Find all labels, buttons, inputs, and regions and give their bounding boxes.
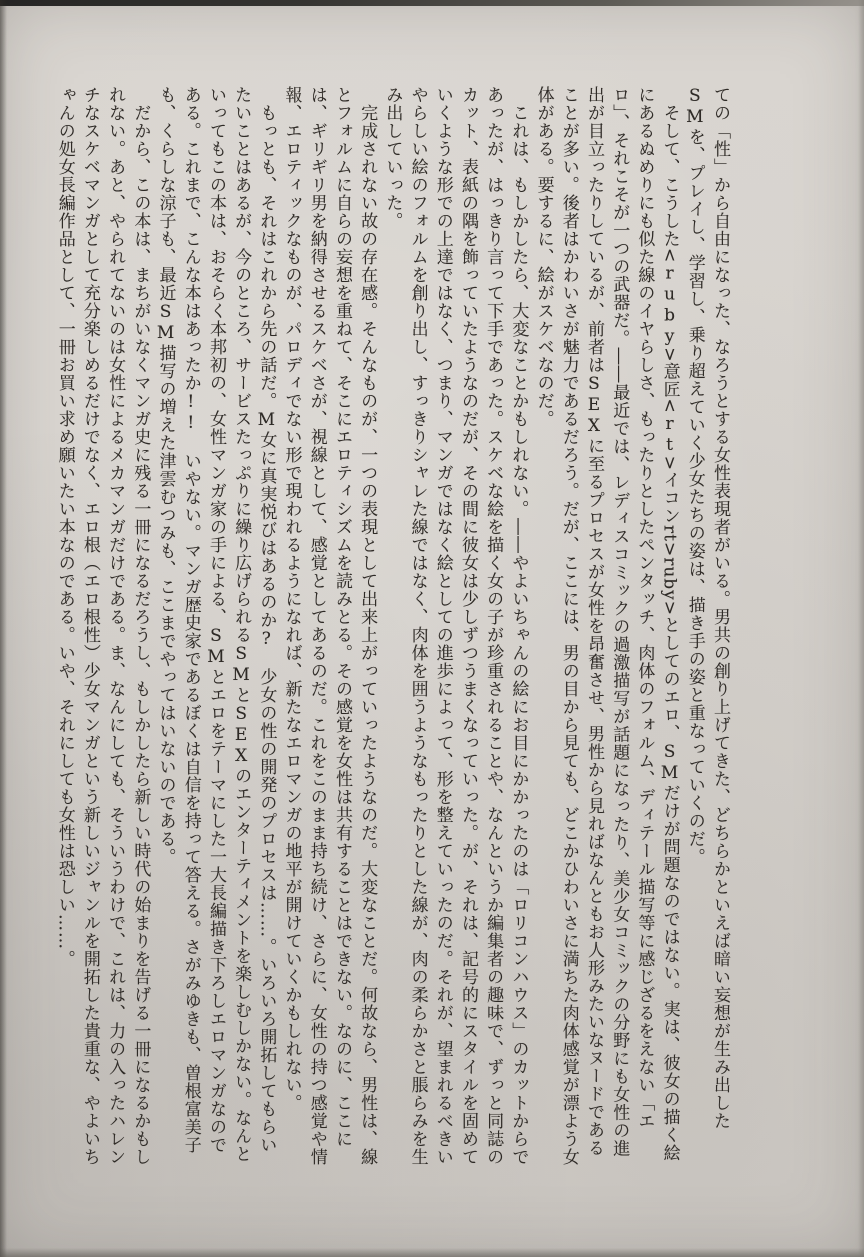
- paragraph: 完成されない故の存在感。そんなものが、一つの表現として出来上がっていったようなの…: [278, 86, 379, 1166]
- scan-edge-bottom: [0, 1248, 864, 1257]
- paragraph: そして、こうした<ruby>意匠<rt>イコンrt>ruby>としてのエロ、SM…: [530, 86, 681, 1166]
- paragraph: だから、この本は、まちがいなくマンガ史に残る一冊になるだろうし、もしかしたら新し…: [52, 86, 153, 1166]
- body-text: ての「性」から自由になった、なろうとする女性表現者がいる。男共の創り上げてきた、…: [98, 86, 732, 1166]
- scan-edge-left: [0, 0, 7, 1257]
- paragraph: もっとも、それはこれから先の話だ。M女に真実悦びはあるのか? 少女の性の開発のプ…: [152, 86, 278, 1166]
- paragraph: これは、もしかしたら、大変なことかもしれない。――やよいちゃんの絵にお目にかかっ…: [379, 86, 530, 1166]
- paragraph: ての「性」から自由になった、なろうとする女性表現者がいる。男共の創り上げてきた、…: [682, 86, 732, 1166]
- scan-edge-top: [0, 0, 864, 6]
- scan-edge-right: [858, 0, 864, 1257]
- scanned-page: ての「性」から自由になった、なろうとする女性表現者がいる。男共の創り上げてきた、…: [0, 0, 864, 1257]
